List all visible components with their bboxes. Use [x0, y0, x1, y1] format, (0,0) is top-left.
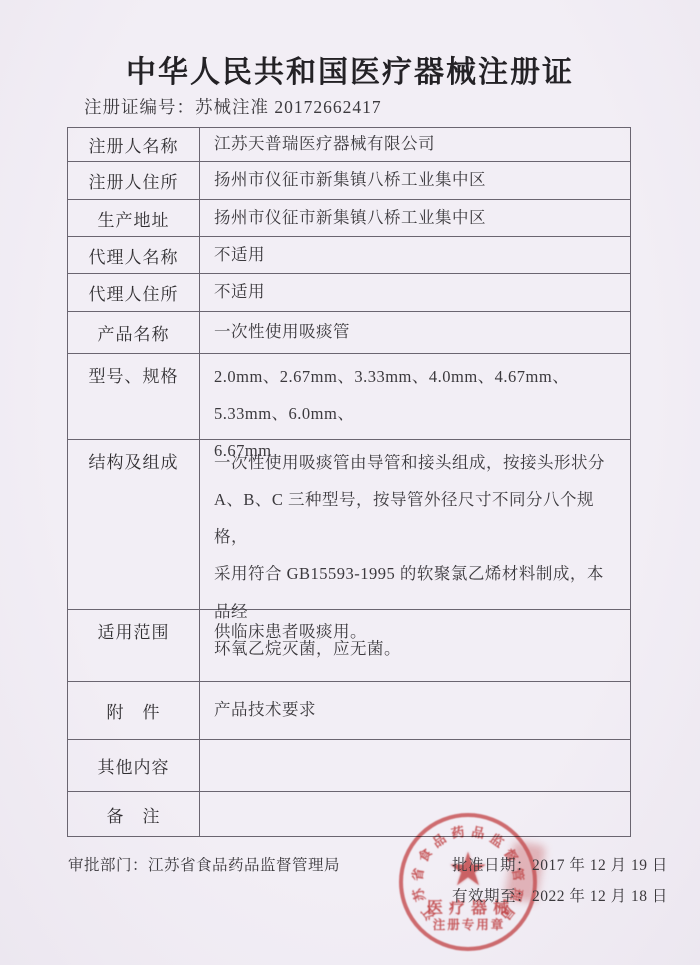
row-value-production-address: 扬州市仪征市新集镇八桥工业集中区 — [200, 200, 630, 236]
certificate-number-line: 注册证编号：苏械注准 20172662417 — [84, 94, 382, 119]
row-value-agent-address: 不适用 — [200, 274, 630, 311]
row-label-model-spec: 型号、规格 — [68, 354, 200, 439]
approval-department-value: 江苏省食品药品监督管理局 — [148, 857, 340, 874]
row-label-agent-name: 代理人名称 — [68, 237, 200, 273]
valid-until-line: 有效期至：2022 年 12 月 18 日 — [452, 884, 668, 906]
seal-ring-char: 江 — [414, 901, 439, 926]
certificate-page: 中华人民共和国医疗器械注册证 注册证编号：苏械注准 20172662417 注册… — [0, 0, 700, 965]
table-row: 产品名称 一次性使用吸痰管 — [68, 311, 630, 353]
approval-department-line: 审批部门：江苏省食品药品监督管理局 — [68, 853, 340, 875]
row-label-agent-address: 代理人住所 — [68, 274, 200, 311]
approval-date-value: 2017 年 12 月 19 日 — [532, 857, 668, 874]
row-label-other-content: 其他内容 — [68, 740, 200, 791]
valid-until-label: 有效期至： — [452, 888, 532, 905]
table-row: 其他内容 — [68, 739, 630, 791]
row-label-remarks: 备 注 — [68, 792, 200, 836]
row-value-structure-composition: 一次性使用吸痰管由导管和接头组成，按接头形状分 A、B、C 三种型号，按导管外径… — [200, 440, 630, 609]
seal-center-line2: 注册专用章 — [397, 915, 539, 933]
row-value-agent-name: 不适用 — [200, 237, 630, 273]
row-value-other-content — [200, 740, 630, 791]
seal-ring-char: 苏 — [407, 884, 429, 906]
row-label-product-name: 产品名称 — [68, 312, 200, 353]
row-label-registrant-address: 注册人住所 — [68, 162, 200, 199]
table-row: 注册人名称 江苏天普瑞医疗器械有限公司 — [68, 128, 630, 161]
table-row: 代理人名称 不适用 — [68, 236, 630, 273]
row-value-registrant-name: 江苏天普瑞医疗器械有限公司 — [200, 128, 630, 161]
approval-date-label: 批准日期： — [452, 857, 532, 874]
row-value-scope-of-use: 供临床患者吸痰用。 — [200, 610, 630, 681]
row-label-scope-of-use: 适用范围 — [68, 610, 200, 681]
table-row: 结构及组成 一次性使用吸痰管由导管和接头组成，按接头形状分 A、B、C 三种型号… — [68, 439, 630, 609]
row-value-remarks — [200, 792, 630, 836]
approval-date-line: 批准日期：2017 年 12 月 19 日 — [452, 853, 668, 875]
row-value-attachment: 产品技术要求 — [200, 682, 630, 739]
page-title: 中华人民共和国医疗器械注册证 — [0, 47, 700, 91]
table-row: 备 注 — [68, 791, 630, 836]
seal-ring-char: 食 — [411, 842, 436, 867]
seal-ring-char: 省 — [406, 864, 426, 884]
table-row: 生产地址 扬州市仪征市新集镇八桥工业集中区 — [68, 199, 630, 236]
certificate-number-label: 注册证编号： — [84, 97, 195, 117]
table-row: 注册人住所 扬州市仪征市新集镇八桥工业集中区 — [68, 161, 630, 199]
row-value-registrant-address: 扬州市仪征市新集镇八桥工业集中区 — [200, 162, 630, 199]
table-row: 型号、规格 2.0mm、2.67mm、3.33mm、4.0mm、4.67mm、5… — [68, 353, 630, 439]
row-label-structure-composition: 结构及组成 — [68, 440, 200, 609]
row-label-attachment: 附 件 — [68, 682, 200, 739]
table-row: 附 件 产品技术要求 — [68, 681, 630, 739]
table-row: 适用范围 供临床患者吸痰用。 — [68, 609, 630, 681]
certificate-number-value: 苏械注准 20172662417 — [195, 97, 382, 117]
approval-department-label: 审批部门： — [68, 857, 148, 874]
certificate-table: 注册人名称 江苏天普瑞医疗器械有限公司 注册人住所 扬州市仪征市新集镇八桥工业集… — [67, 127, 631, 837]
row-value-model-spec: 2.0mm、2.67mm、3.33mm、4.0mm、4.67mm、5.33mm、… — [200, 354, 630, 439]
table-row: 代理人住所 不适用 — [68, 273, 630, 311]
row-value-product-name: 一次性使用吸痰管 — [200, 312, 630, 353]
valid-until-value: 2022 年 12 月 18 日 — [532, 888, 668, 905]
row-label-registrant-name: 注册人名称 — [68, 128, 200, 161]
row-label-production-address: 生产地址 — [68, 200, 200, 236]
